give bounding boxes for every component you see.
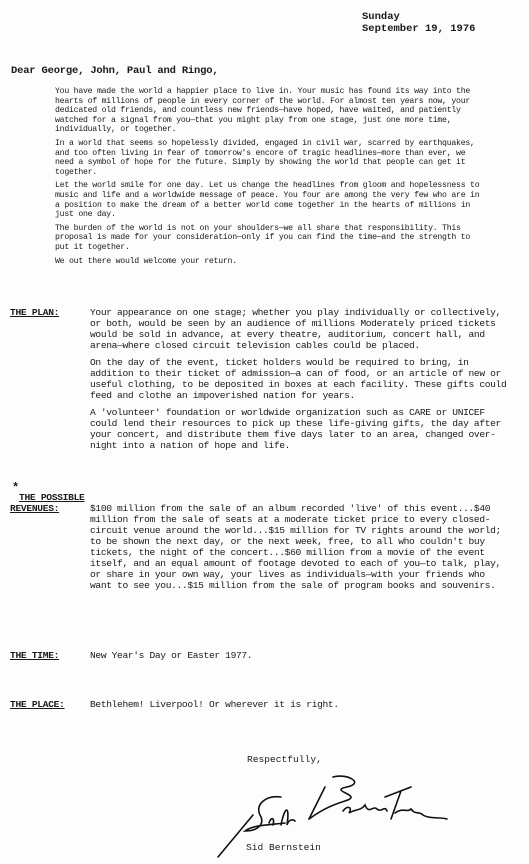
- intro-paragraph: The burden of the world is not on your s…: [55, 224, 480, 253]
- signature-name: Sid Bernstein: [246, 842, 321, 853]
- intro-body: You have made the world a happier place …: [55, 87, 480, 270]
- place-body: Bethlehem! Liverpool! Or wherever it is …: [90, 699, 510, 710]
- letter-date: Sunday September 19, 1976: [362, 11, 475, 35]
- time-label: THE TIME:: [10, 650, 59, 661]
- plan-paragraph: Your appearance on one stage; whether yo…: [90, 307, 510, 351]
- revenues-label-line1: THE POSSIBLE: [19, 492, 85, 503]
- revenues-body: $100 million from the sale of an album r…: [90, 503, 510, 591]
- salutation: Dear George, John, Paul and Ringo,: [11, 65, 218, 77]
- intro-paragraph: Let the world smile for one day. Let us …: [55, 181, 480, 219]
- plan-body: Your appearance on one stage; whether yo…: [90, 307, 510, 457]
- plan-paragraph: On the day of the event, ticket holders …: [90, 357, 510, 401]
- revenues-label-line2: REVENUES:: [10, 503, 59, 514]
- plan-label: THE PLAN:: [10, 307, 59, 318]
- plan-paragraph: A 'volunteer' foundation or worldwide or…: [90, 407, 510, 451]
- place-label: THE PLACE:: [10, 699, 65, 710]
- closing: Respectfully,: [247, 754, 322, 765]
- letter-date-text: September 19, 1976: [362, 23, 475, 35]
- intro-paragraph: You have made the world a happier place …: [55, 87, 480, 135]
- intro-paragraph: In a world that seems so hopelessly divi…: [55, 139, 480, 177]
- time-body: New Year's Day or Easter 1977.: [90, 650, 510, 661]
- intro-paragraph: We out there would welcome your return.: [55, 257, 480, 267]
- letter-day: Sunday: [362, 11, 475, 23]
